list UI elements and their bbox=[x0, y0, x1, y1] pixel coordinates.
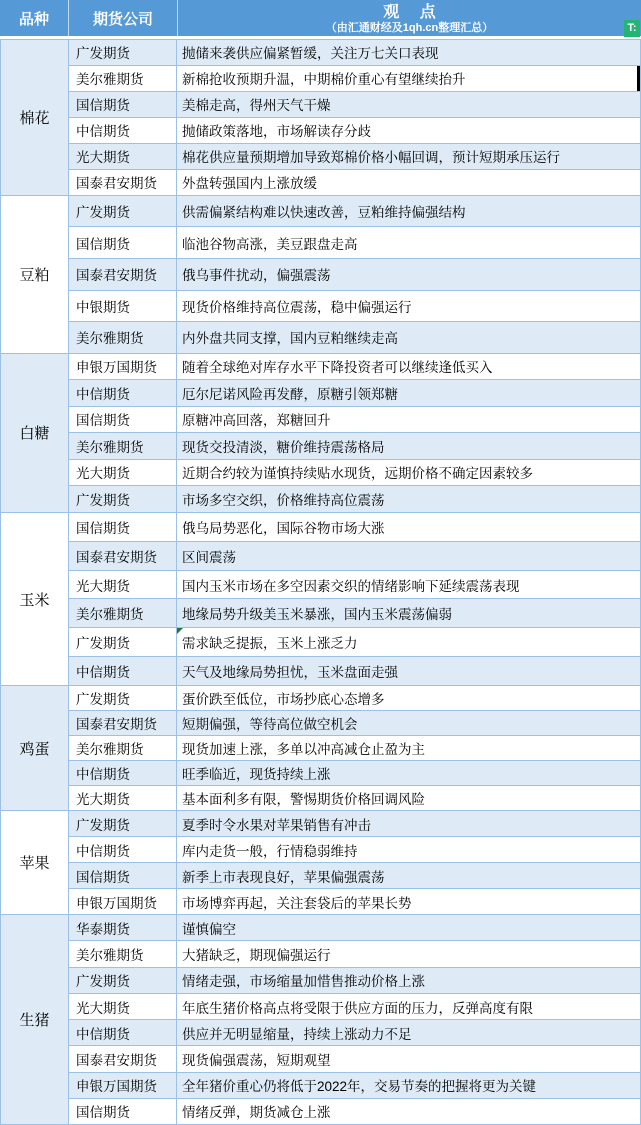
table-row: 广发期货市场多空交织，价格维持高位震荡 bbox=[69, 486, 640, 512]
company-cell[interactable]: 广发期货 bbox=[69, 486, 177, 511]
company-cell[interactable]: 华泰期货 bbox=[69, 915, 177, 940]
table-row: 广发期货情绪走强，市场缩量加惜售推动价格上涨 bbox=[69, 968, 640, 994]
company-cell[interactable]: 申银万国期货 bbox=[69, 354, 177, 379]
company-cell[interactable]: 美尔雅期货 bbox=[69, 941, 177, 966]
table-row: 国信期货情绪反弹，期货减仓上涨 bbox=[69, 1099, 640, 1125]
table-row: 国泰君安期货区间震荡 bbox=[69, 542, 640, 571]
table-row: 国信期货原糖冲高回落，郑糖回升 bbox=[69, 407, 640, 433]
table-row: 光大期货棉花供应量预期增加导致郑棉价格小幅回调，预计短期承压运行 bbox=[69, 144, 640, 170]
viewpoint-cell[interactable]: 现货偏强震荡，短期观望 bbox=[177, 1046, 640, 1071]
table-row: 广发期货夏季时令水果对苹果销售有冲击 bbox=[69, 811, 640, 837]
commodity-section: 玉米国信期货俄乌局势恶化，国际谷物市场大涨国泰君安期货区间震荡光大期货国内玉米市… bbox=[1, 513, 640, 687]
commodity-section: 生猪华泰期货谨慎偏空美尔雅期货大猪缺乏，期现偏强运行广发期货情绪走强，市场缩量加… bbox=[1, 915, 640, 1125]
company-cell[interactable]: 中信期货 bbox=[69, 761, 177, 785]
company-cell[interactable]: 广发期货 bbox=[69, 968, 177, 993]
table-body: 棉花广发期货抛储来袭供应偏紧暂缓，关注万七关口表现美尔雅期货新棉抢收预期升温，中… bbox=[0, 39, 641, 1125]
selection-edge-bar bbox=[637, 66, 640, 91]
viewpoint-cell[interactable]: 内外盘共同支撑，国内豆粕继续走高 bbox=[177, 322, 640, 353]
table-row: 中信期货厄尔尼诺风险再发酵，原糖引领郑糖 bbox=[69, 380, 640, 406]
company-cell[interactable]: 国泰君安期货 bbox=[69, 170, 177, 195]
company-cell[interactable]: 美尔雅期货 bbox=[69, 599, 177, 627]
company-cell[interactable]: 申银万国期货 bbox=[69, 889, 177, 914]
viewpoint-cell[interactable]: 厄尔尼诺风险再发酵，原糖引领郑糖 bbox=[177, 380, 640, 405]
company-cell[interactable]: 光大期货 bbox=[69, 144, 177, 169]
company-cell[interactable]: 广发期货 bbox=[69, 196, 177, 227]
viewpoint-cell[interactable]: 供应并无明显缩量，持续上涨动力不足 bbox=[177, 1020, 640, 1045]
header-company: 期货公司 bbox=[69, 0, 178, 36]
company-cell[interactable]: 国泰君安期货 bbox=[69, 711, 177, 735]
table-row: 美尔雅期货内外盘共同支撑，国内豆粕继续走高 bbox=[69, 322, 640, 354]
viewpoint-cell[interactable]: 年底生猪价格高点将受限于供应方面的压力，反弹高度有限 bbox=[177, 994, 640, 1019]
company-cell[interactable]: 光大期货 bbox=[69, 460, 177, 485]
viewpoint-cell[interactable]: 大猪缺乏，期现偏强运行 bbox=[177, 941, 640, 966]
viewpoint-cell[interactable]: 天气及地缘局势担忧，玉米盘面走强 bbox=[177, 657, 640, 685]
table-row: 华泰期货谨慎偏空 bbox=[69, 915, 640, 941]
company-cell[interactable]: 国泰君安期货 bbox=[69, 1046, 177, 1071]
viewpoint-cell[interactable]: 蛋价跌至低位，市场抄底心态增多 bbox=[177, 686, 640, 710]
commodity-cell[interactable]: 生猪 bbox=[1, 915, 69, 1125]
viewpoint-cell[interactable]: 旺季临近，现货持续上涨 bbox=[177, 761, 640, 785]
commodity-section: 鸡蛋广发期货蛋价跌至低位，市场抄底心态增多国泰君安期货短期偏强，等待高位做空机会… bbox=[1, 686, 640, 811]
commodity-cell[interactable]: 鸡蛋 bbox=[1, 686, 69, 811]
table-row: 中信期货库内走货一般，行情稳弱维持 bbox=[69, 837, 640, 863]
company-cell[interactable]: 光大期货 bbox=[69, 994, 177, 1019]
header-viewpoint: 观 点 （由汇通财经及1qh.cn整理汇总） bbox=[178, 0, 641, 36]
viewpoint-cell[interactable]: 新棉抢收预期升温，中期棉价重心有望继续抬升 bbox=[177, 66, 640, 91]
table-row: 国信期货新季上市表现良好，苹果偏强震荡 bbox=[69, 863, 640, 889]
company-cell[interactable]: 国泰君安期货 bbox=[69, 542, 177, 570]
viewpoint-cell[interactable]: 新季上市表现良好，苹果偏强震荡 bbox=[177, 863, 640, 888]
viewpoint-cell[interactable]: 夏季时令水果对苹果销售有冲击 bbox=[177, 811, 640, 836]
table-row: 美尔雅期货现货加速上涨，多单以冲高减仓止盈为主 bbox=[69, 736, 640, 761]
company-cell[interactable]: 中银期货 bbox=[69, 291, 177, 322]
viewpoint-cell[interactable]: 情绪反弹，期货减仓上涨 bbox=[177, 1099, 640, 1124]
viewpoint-cell[interactable]: 原糖冲高回落，郑糖回升 bbox=[177, 407, 640, 432]
viewpoint-cell[interactable]: 现货交投清淡，糖价维持震荡格局 bbox=[177, 433, 640, 458]
company-cell[interactable]: 申银万国期货 bbox=[69, 1073, 177, 1098]
commodity-section: 苹果广发期货夏季时令水果对苹果销售有冲击中信期货库内走货一般，行情稳弱维持国信期… bbox=[1, 811, 640, 915]
viewpoint-cell[interactable]: 库内走货一般，行情稳弱维持 bbox=[177, 837, 640, 862]
table-row: 广发期货供需偏紧结构难以快速改善，豆粕维持偏强结构 bbox=[69, 196, 640, 228]
viewpoint-cell[interactable]: 情绪走强，市场缩量加惜售推动价格上涨 bbox=[177, 968, 640, 993]
company-cell[interactable]: 光大期货 bbox=[69, 571, 177, 599]
table-row: 美尔雅期货新棉抢收预期升温，中期棉价重心有望继续抬升 bbox=[69, 66, 640, 92]
table-row: 国泰君安期货现货偏强震荡，短期观望 bbox=[69, 1046, 640, 1072]
viewpoint-cell[interactable]: 地缘局势升级美玉米暴涨，国内玉米震荡偏弱 bbox=[177, 599, 640, 627]
viewpoint-cell[interactable]: 供需偏紧结构难以快速改善，豆粕维持偏强结构 bbox=[177, 196, 640, 227]
table-row: 申银万国期货全年猪价重心仍将低于2022年，交易节奏的把握将更为关键 bbox=[69, 1073, 640, 1099]
viewpoint-cell[interactable]: 抛储来袭供应偏紧暂缓，关注万七关口表现 bbox=[177, 40, 640, 65]
company-cell[interactable]: 美尔雅期货 bbox=[69, 736, 177, 760]
company-cell[interactable]: 国信期货 bbox=[69, 863, 177, 888]
green-t-badge-icon[interactable]: T: bbox=[624, 20, 640, 37]
table-row: 光大期货国内玉米市场在多空因素交织的情绪影响下延续震荡表现 bbox=[69, 571, 640, 600]
company-cell[interactable]: 美尔雅期货 bbox=[69, 66, 177, 91]
company-cell[interactable]: 光大期货 bbox=[69, 786, 177, 810]
viewpoint-cell[interactable]: 近期合约较为谨慎持续贴水现货，远期价格不确定因素较多 bbox=[177, 460, 640, 485]
viewpoint-cell[interactable]: 外盘转强国内上涨放缓 bbox=[177, 170, 640, 195]
table-row: 国信期货美棉走高，得州天气干燥 bbox=[69, 92, 640, 118]
commodity-cell[interactable]: 豆粕 bbox=[1, 196, 69, 354]
table-row: 国泰君安期货俄乌事件扰动，偏强震荡 bbox=[69, 259, 640, 291]
table-row: 国信期货临池谷物高涨，美豆跟盘走高 bbox=[69, 227, 640, 259]
viewpoint-cell[interactable]: 短期偏强，等待高位做空机会 bbox=[177, 711, 640, 735]
comment-marker-icon bbox=[177, 628, 183, 634]
commodity-section: 棉花广发期货抛储来袭供应偏紧暂缓，关注万七关口表现美尔雅期货新棉抢收预期升温，中… bbox=[1, 40, 640, 196]
table-row: 广发期货蛋价跌至低位，市场抄底心态增多 bbox=[69, 686, 640, 711]
commodity-section: 豆粕广发期货供需偏紧结构难以快速改善，豆粕维持偏强结构国信期货临池谷物高涨，美豆… bbox=[1, 196, 640, 354]
table-row: 美尔雅期货地缘局势升级美玉米暴涨，国内玉米震荡偏弱 bbox=[69, 599, 640, 628]
viewpoint-cell[interactable]: 临池谷物高涨，美豆跟盘走高 bbox=[177, 227, 640, 258]
table-row: 中信期货天气及地缘局势担忧，玉米盘面走强 bbox=[69, 657, 640, 686]
viewpoint-cell[interactable]: 市场博弈再起，关注套袋后的苹果长势 bbox=[177, 889, 640, 914]
viewpoint-cell[interactable]: 俄乌局势恶化，国际谷物市场大涨 bbox=[177, 513, 640, 541]
table-header: 品种 期货公司 观 点 （由汇通财经及1qh.cn整理汇总） bbox=[0, 0, 641, 36]
company-cell[interactable]: 广发期货 bbox=[69, 628, 177, 656]
table-row: 美尔雅期货大猪缺乏，期现偏强运行 bbox=[69, 941, 640, 967]
viewpoint-cell[interactable]: 基本面利多有限，警惕期货价格回调风险 bbox=[177, 786, 640, 810]
commodity-cell[interactable]: 棉花 bbox=[1, 40, 69, 196]
commodity-cell[interactable]: 白糖 bbox=[1, 354, 69, 513]
table-row: 光大期货年底生猪价格高点将受限于供应方面的压力，反弹高度有限 bbox=[69, 994, 640, 1020]
viewpoint-cell[interactable]: 国内玉米市场在多空因素交织的情绪影响下延续震荡表现 bbox=[177, 571, 640, 599]
table-row: 中信期货旺季临近，现货持续上涨 bbox=[69, 761, 640, 786]
table-row: 中银期货现货价格维持高位震荡，稳中偏强运行 bbox=[69, 291, 640, 323]
table-row: 中信期货抛储政策落地，市场解读存分歧 bbox=[69, 118, 640, 144]
table-row: 中信期货供应并无明显缩量，持续上涨动力不足 bbox=[69, 1020, 640, 1046]
company-cell[interactable]: 中信期货 bbox=[69, 657, 177, 685]
viewpoint-cell[interactable]: 棉花供应量预期增加导致郑棉价格小幅回调，预计短期承压运行 bbox=[177, 144, 640, 169]
viewpoint-cell[interactable]: 市场多空交织，价格维持高位震荡 bbox=[177, 486, 640, 511]
company-cell[interactable]: 中信期货 bbox=[69, 118, 177, 143]
company-cell[interactable]: 国泰君安期货 bbox=[69, 259, 177, 290]
company-cell[interactable]: 中信期货 bbox=[69, 837, 177, 862]
viewpoint-title: 观 点 bbox=[383, 4, 435, 22]
viewpoint-cell[interactable]: 随着全球绝对库存水平下降投资者可以继续逢低买入 bbox=[177, 354, 640, 379]
table-row: 美尔雅期货现货交投清淡，糖价维持震荡格局 bbox=[69, 433, 640, 459]
table-row: 申银万国期货市场博弈再起，关注套袋后的苹果长势 bbox=[69, 889, 640, 915]
commodity-section: 白糖申银万国期货随着全球绝对库存水平下降投资者可以继续逢低买入中信期货厄尔尼诺风… bbox=[1, 354, 640, 513]
viewpoint-cell[interactable]: 谨慎偏空 bbox=[177, 915, 640, 940]
company-cell[interactable]: 广发期货 bbox=[69, 811, 177, 836]
company-cell[interactable]: 广发期货 bbox=[69, 40, 177, 65]
header-variety: 品种 bbox=[0, 0, 69, 36]
company-cell[interactable]: 国信期货 bbox=[69, 227, 177, 258]
futures-opinions-table: 品种 期货公司 观 点 （由汇通财经及1qh.cn整理汇总） T: 棉花广发期货… bbox=[0, 0, 641, 1125]
company-cell[interactable]: 广发期货 bbox=[69, 686, 177, 710]
viewpoint-subtitle: （由汇通财经及1qh.cn整理汇总） bbox=[326, 22, 493, 34]
table-row: 广发期货需求缺乏提振，玉米上涨乏力 bbox=[69, 628, 640, 657]
company-cell[interactable]: 中信期货 bbox=[69, 1020, 177, 1045]
viewpoint-cell[interactable]: 俄乌事件扰动，偏强震荡 bbox=[177, 259, 640, 290]
table-row: 国信期货俄乌局势恶化，国际谷物市场大涨 bbox=[69, 513, 640, 542]
company-cell[interactable]: 国信期货 bbox=[69, 92, 177, 117]
viewpoint-cell[interactable]: 美棉走高，得州天气干燥 bbox=[177, 92, 640, 117]
table-row: 广发期货抛储来袭供应偏紧暂缓，关注万七关口表现 bbox=[69, 40, 640, 66]
viewpoint-cell[interactable]: 现货加速上涨，多单以冲高减仓止盈为主 bbox=[177, 736, 640, 760]
commodity-cell[interactable]: 苹果 bbox=[1, 811, 69, 915]
table-row: 光大期货基本面利多有限，警惕期货价格回调风险 bbox=[69, 786, 640, 811]
table-row: 国泰君安期货短期偏强，等待高位做空机会 bbox=[69, 711, 640, 736]
company-cell[interactable]: 国信期货 bbox=[69, 1099, 177, 1124]
company-cell[interactable]: 中信期货 bbox=[69, 380, 177, 405]
table-row: 光大期货近期合约较为谨慎持续贴水现货，远期价格不确定因素较多 bbox=[69, 460, 640, 486]
company-cell[interactable]: 美尔雅期货 bbox=[69, 322, 177, 353]
table-row: 国泰君安期货外盘转强国内上涨放缓 bbox=[69, 170, 640, 196]
commodity-cell[interactable]: 玉米 bbox=[1, 513, 69, 687]
viewpoint-cell[interactable]: 区间震荡 bbox=[177, 542, 640, 570]
viewpoint-cell[interactable]: 全年猪价重心仍将低于2022年，交易节奏的把握将更为关键 bbox=[177, 1073, 640, 1098]
viewpoint-cell[interactable]: 需求缺乏提振，玉米上涨乏力 bbox=[177, 628, 640, 656]
company-cell[interactable]: 国信期货 bbox=[69, 407, 177, 432]
company-cell[interactable]: 国信期货 bbox=[69, 513, 177, 541]
table-row: 申银万国期货随着全球绝对库存水平下降投资者可以继续逢低买入 bbox=[69, 354, 640, 380]
viewpoint-cell[interactable]: 现货价格维持高位震荡，稳中偏强运行 bbox=[177, 291, 640, 322]
company-cell[interactable]: 美尔雅期货 bbox=[69, 433, 177, 458]
viewpoint-cell[interactable]: 抛储政策落地，市场解读存分歧 bbox=[177, 118, 640, 143]
